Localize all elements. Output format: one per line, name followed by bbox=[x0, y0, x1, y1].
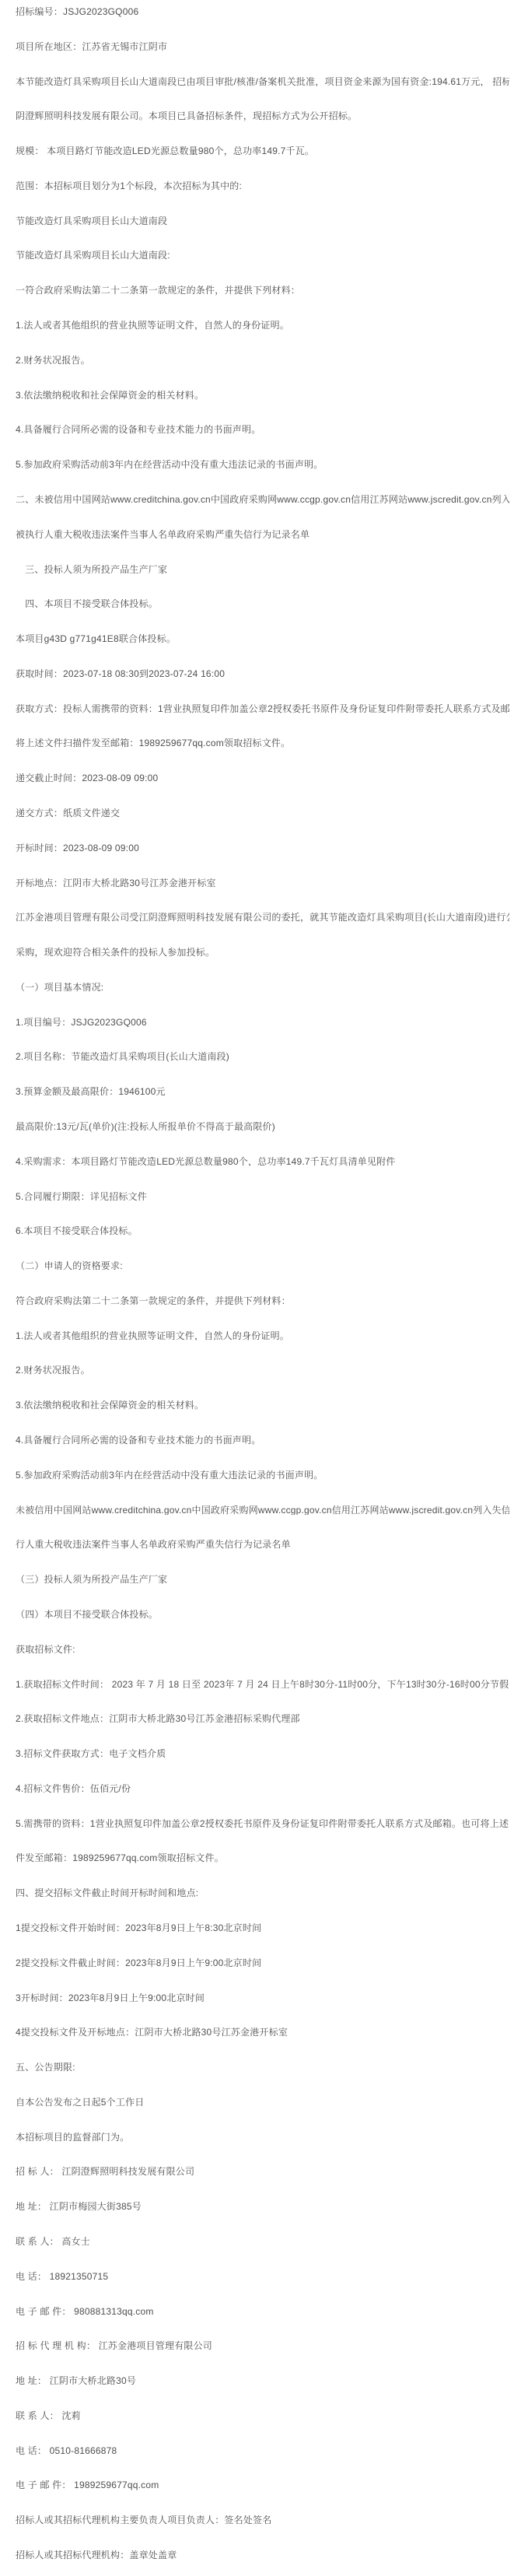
document-line: 1.法人或者其他组织的营业执照等证明文件，自然人的身份证明。 bbox=[16, 1331, 509, 1341]
document-line: 未被信用中国网站www.creditchina.gov.cn中国政府采购网www… bbox=[16, 1505, 509, 1516]
document-line: 被执行人重大税收违法案件当事人名单政府采购严重失信行为记录名单 bbox=[16, 530, 509, 540]
document-line: 电 子 邮 件： 980881313qq.com bbox=[16, 2307, 509, 2317]
document-line: 3开标时间：2023年8月9日上午9:00北京时间 bbox=[16, 1993, 509, 2003]
document-line: 4.采购需求：本项目路灯节能改造LED光源总数量980个，总功率149.7千瓦灯… bbox=[16, 1157, 509, 1167]
document-line: （一）项目基本情况: bbox=[16, 983, 509, 993]
document-line: 四、提交招标文件截止时间开标时间和地点: bbox=[16, 1888, 509, 1898]
document-line: 五、公告期限: bbox=[16, 2063, 509, 2073]
document-line: （二）申请人的资格要求: bbox=[16, 1261, 509, 1271]
document-line: （三）投标人须为所投产品生产厂家 bbox=[16, 1575, 509, 1585]
document-line: （四）本项目不接受联合体投标。 bbox=[16, 1610, 509, 1620]
document-line: 一符合政府采购法第二十二条第一款规定的条件，并提供下列材料： bbox=[16, 286, 509, 296]
document-line: 本招标项目的监督部门为。 bbox=[16, 2133, 509, 2143]
document-line: 电 话： 0510-81666878 bbox=[16, 2446, 509, 2456]
document-line: 4.招标文件售价：伍佰元/份 bbox=[16, 1784, 509, 1794]
document-line: 5.参加政府采购活动前3年内在经营活动中没有重大违法记录的书面声明。 bbox=[16, 460, 509, 470]
document-line: 地 址： 江阴市梅园大街385号 bbox=[16, 2202, 509, 2212]
document-line: 招 标 代 理 机 构： 江苏金港项目管理有限公司 bbox=[16, 2341, 509, 2351]
document-line: 电 子 邮 件： 1989259677qq.com bbox=[16, 2480, 509, 2490]
document-line: 获取方式：投标人需携带的资料：1营业执照复印件加盖公章2授权委托书原件及身份证复… bbox=[16, 704, 509, 714]
document-line: 2.财务状况报告。 bbox=[16, 356, 509, 366]
document-line: 符合政府采购法第二十二条第一款规定的条件，并提供下列材料： bbox=[16, 1296, 509, 1306]
document-line: 电 话： 18921350715 bbox=[16, 2272, 509, 2282]
document-line: 5.需携带的资料：1营业执照复印件加盖公章2授权委托书原件及身份证复印件附带委托… bbox=[16, 1819, 509, 1829]
document-line: 四、本项目不接受联合体投标。 bbox=[16, 599, 509, 609]
document-line: 4提交投标文件及开标地点：江阴市大桥北路30号江苏金港开标室 bbox=[16, 2028, 509, 2038]
document-line: 获取时间：2023-07-18 08:30到2023-07-24 16:00 bbox=[16, 669, 509, 679]
document-line: 地 址： 江阴市大桥北路30号 bbox=[16, 2376, 509, 2386]
document-line: 三、投标人须为所投产品生产厂家 bbox=[16, 565, 509, 575]
document-line: 本节能改造灯具采购项目长山大道南段已由项目审批/核准/备案机关批准，项目资金来源… bbox=[16, 77, 509, 87]
document-line: 开标时间：2023-08-09 09:00 bbox=[16, 843, 509, 853]
document-line: 件发至邮箱：1989259677qq.com领取招标文件。 bbox=[16, 1853, 509, 1863]
document-line: 招标编号：JSJG2023GQ006 bbox=[16, 7, 509, 17]
document-line: 节能改造灯具采购项目长山大道南段 bbox=[16, 216, 509, 226]
document-line: 将上述文件扫描件发至邮箱：1989259677qq.com领取招标文件。 bbox=[16, 738, 509, 748]
document-line: 4.具备履行合同所必需的设备和专业技术能力的书面声明。 bbox=[16, 1435, 509, 1446]
document-line: 3.依法缴纳税收和社会保障资金的相关材料。 bbox=[16, 1400, 509, 1411]
document-line: 联 系 人： 高女士 bbox=[16, 2237, 509, 2247]
document-line: 3.预算金额及最高限价：1946100元 bbox=[16, 1087, 509, 1097]
document-line: 项目所在地区：江苏省无锡市江阴市 bbox=[16, 42, 509, 52]
document-line: 招 标 人： 江阴澄辉照明科技发展有限公司 bbox=[16, 2167, 509, 2177]
document-line: 2.财务状况报告。 bbox=[16, 1365, 509, 1376]
document-line: 联 系 人： 沈莉 bbox=[16, 2411, 509, 2421]
document-line: 江苏金港项目管理有限公司受江阴澄辉照明科技发展有限公司的委托，就其节能改造灯具采… bbox=[16, 913, 509, 923]
document-line: 2提交投标文件截止时间：2023年8月9日上午9:00北京时间 bbox=[16, 1958, 509, 1968]
document-line: 递交截止时间：2023-08-09 09:00 bbox=[16, 773, 509, 783]
document-line: 阴澄辉照明科技发展有限公司。本项目已具备招标条件，现招标方式为公开招标。 bbox=[16, 111, 509, 121]
document-line: 招标人或其招标代理机构主要负责人项目负责人：签名处签名 bbox=[16, 2515, 509, 2525]
document-line: 1提交投标文件开始时间：2023年8月9日上午8:30北京时间 bbox=[16, 1923, 509, 1933]
document-line: 4.具备履行合同所必需的设备和专业技术能力的书面声明。 bbox=[16, 425, 509, 435]
tender-announcement-document: 招标编号：JSJG2023GQ006项目所在地区：江苏省无锡市江阴市本节能改造灯… bbox=[0, 0, 514, 2576]
document-line: 5.参加政府采购活动前3年内在经营活动中没有重大违法记录的书面声明。 bbox=[16, 1470, 509, 1481]
document-line: 范围：本招标项目划分为1个标段，本次招标为其中的: bbox=[16, 181, 509, 191]
document-line: 1.获取招标文件时间： 2023 年 7 月 18 日至 2023年 7 月 2… bbox=[16, 1680, 509, 1690]
document-line: 规模： 本项目路灯节能改造LED光源总数量980个，总功率149.7千瓦。 bbox=[16, 146, 509, 156]
document-line: 5.合同履行期限：详见招标文件 bbox=[16, 1192, 509, 1202]
document-line: 获取招标文件: bbox=[16, 1645, 509, 1655]
document-line: 1.法人或者其他组织的营业执照等证明文件，自然人的身份证明。 bbox=[16, 321, 509, 331]
document-line: 节能改造灯具采购项目长山大道南段: bbox=[16, 251, 509, 261]
document-line: 最高限价:13元/瓦(单价)(注:投标人所报单价不得高于最高限价) bbox=[16, 1122, 509, 1132]
document-line: 招标人或其招标代理机构：盖章处盖章 bbox=[16, 2550, 509, 2560]
document-line: 自本公告发布之日起5个工作日 bbox=[16, 2098, 509, 2108]
document-line: 3.招标文件获取方式：电子文档介质 bbox=[16, 1749, 509, 1759]
document-line: 2.项目名称：节能改造灯具采购项目(长山大道南段) bbox=[16, 1052, 509, 1062]
document-line: 1.项目编号：JSJG2023GQ006 bbox=[16, 1018, 509, 1028]
document-line: 二、未被信用中国网站www.creditchina.gov.cn中国政府采购网w… bbox=[16, 495, 509, 505]
document-line: 递交方式：纸质文件递交 bbox=[16, 808, 509, 818]
document-line: 开标地点：江阴市大桥北路30号江苏金港开标室 bbox=[16, 878, 509, 888]
document-line: 3.依法缴纳税收和社会保障资金的相关材料。 bbox=[16, 391, 509, 401]
document-line: 采购，现欢迎符合相关条件的投标人参加投标。 bbox=[16, 948, 509, 958]
document-line: 本项目g43D g771g41E8联合体投标。 bbox=[16, 634, 509, 644]
document-line: 2.获取招标文件地点：江阴市大桥北路30号江苏金港招标采购代理部 bbox=[16, 1714, 509, 1724]
document-line: 6.本项目不接受联合体投标。 bbox=[16, 1226, 509, 1236]
document-line: 行人重大税收违法案件当事人名单政府采购严重失信行为记录名单 bbox=[16, 1540, 509, 1550]
